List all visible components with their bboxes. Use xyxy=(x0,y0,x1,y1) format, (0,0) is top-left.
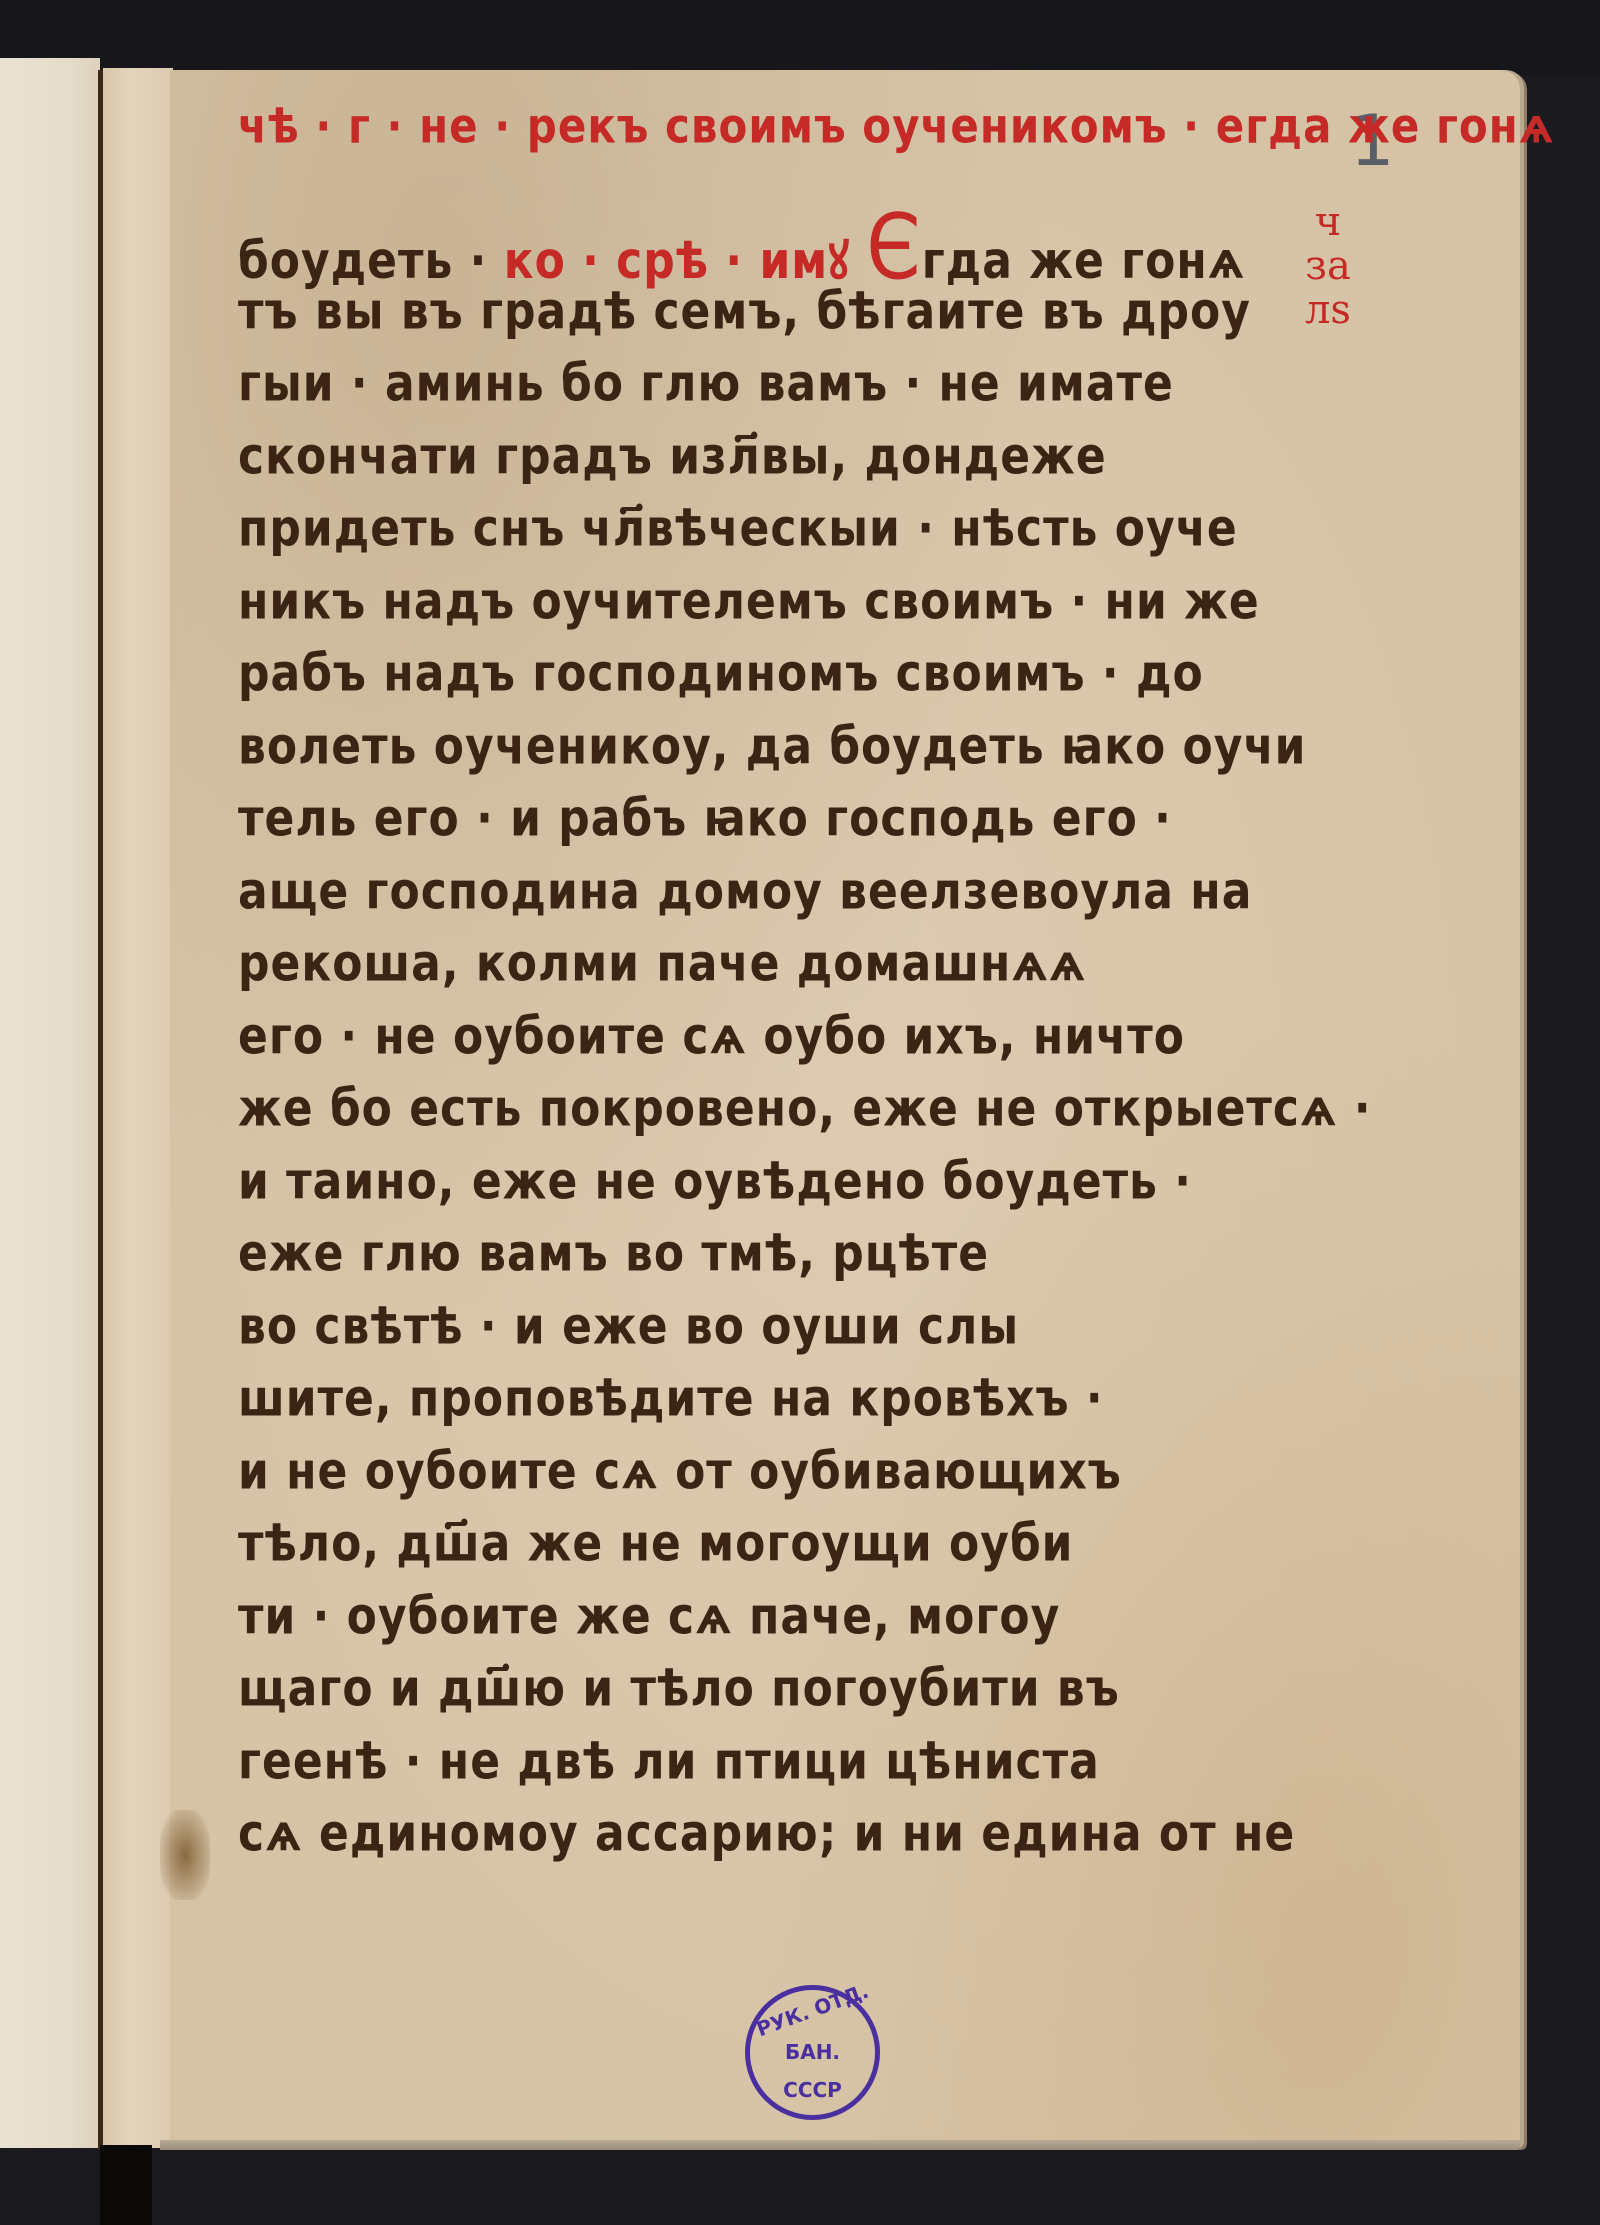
text-line: ти · оубоите же сѧ паче, могоу xyxy=(238,1587,1060,1646)
text-line: никъ надъ оучителемъ своимъ · ни же xyxy=(238,572,1260,631)
text-line-1: боудеть · ко · срѣ · имꙋ Єгда же гонѧ xyxy=(238,203,1245,293)
marginal-note-line: лѕ xyxy=(1305,288,1351,332)
text-line: аще господина домоу веелзевоула на xyxy=(238,862,1252,921)
dark-background-top xyxy=(0,0,1600,75)
rubric-heading: чѣ · г · не · рекъ своимъ оученикомъ · е… xyxy=(238,98,1555,154)
left-flyleaf xyxy=(0,58,100,2148)
text-line: тель его · и рабъ ꙗко господь его · xyxy=(238,789,1172,848)
text-line: геенѣ · не двѣ ли птици цѣниста xyxy=(238,1732,1100,1791)
marginal-note: ч за лѕ xyxy=(1305,200,1351,332)
book-gutter xyxy=(98,70,103,2150)
bookmark-ribbon xyxy=(100,2145,152,2225)
water-stain xyxy=(160,1810,210,1900)
text-line: его · не оубоите сѧ оубо ихъ, ничто xyxy=(238,1007,1185,1066)
text-line: сѧ единомоу ассарию; и ни едина от не xyxy=(238,1804,1295,1863)
text-line: рекоша, колми паче домашнѧѧ xyxy=(238,934,1087,993)
library-stamp: РУК. ОТД. БАН. СССР xyxy=(745,1985,880,2120)
text-line: шите, проповѣдите на кровѣхъ · xyxy=(238,1369,1104,1428)
text-line: тъ вы въ градѣ семъ, бѣгаите въ дроу xyxy=(238,282,1251,341)
text-line: и таино, еже не оувѣдено боудеть · xyxy=(238,1152,1192,1211)
text-line: придеть снъ чл҃вѣческыи · нѣсть оуче xyxy=(238,499,1238,558)
text-line: щаго и дш҃ю и тѣло погоубити въ xyxy=(238,1659,1120,1718)
marginal-note-line: ч xyxy=(1305,200,1351,244)
stamp-text: БАН. xyxy=(750,2040,875,2064)
stamp-text: СССР xyxy=(750,2078,875,2102)
text-line: тѣло, дш҃а же не могоущи оуби xyxy=(238,1514,1074,1573)
text-line: волеть оученикоу, да боудеть ꙗко оучи xyxy=(238,717,1307,776)
text-line: гыи · аминь бо глю вамъ · не имате xyxy=(238,354,1174,413)
text-line: же бо есть покровено, еже не открыетсѧ · xyxy=(238,1079,1372,1138)
text-line: во свѣтѣ · и еже во оуши слы xyxy=(238,1297,1019,1356)
dark-background-bottom xyxy=(0,2150,1600,2225)
text-line: скончати градъ изл҃вы, дондеже xyxy=(238,427,1107,486)
text-line: и не оубоите сѧ от оубивающихъ xyxy=(238,1442,1122,1501)
text-line: еже глю вамъ во тмѣ, рцѣте xyxy=(238,1224,989,1283)
marginal-note-line: за xyxy=(1305,244,1351,288)
text-line: рабъ надъ господиномъ своимъ · до xyxy=(238,644,1204,703)
